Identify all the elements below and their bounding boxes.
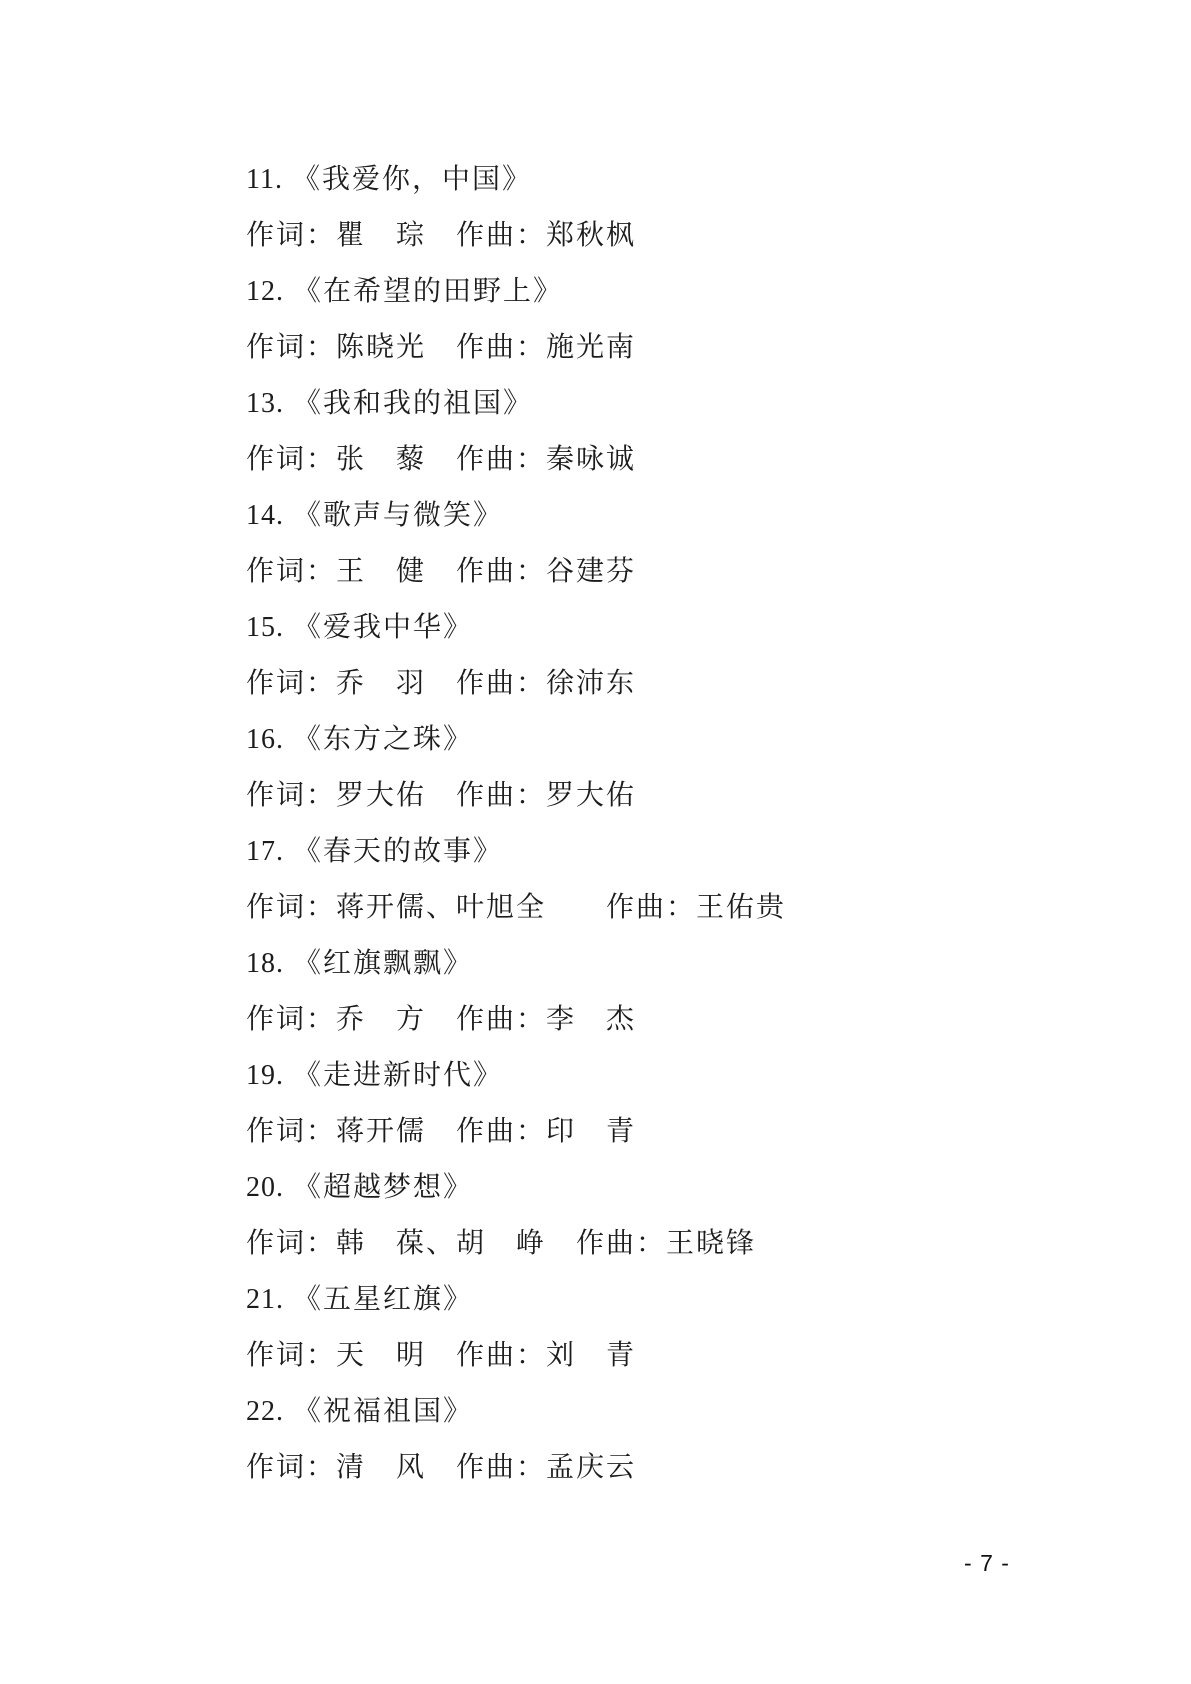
song-credits-line: 作词：韩 葆、胡 峥 作曲：王晓锋 — [246, 1216, 1066, 1272]
song-entry: 21.《五星红旗》 作词：天 明 作曲：刘 青 — [246, 1272, 1066, 1384]
song-entry: 16.《东方之珠》 作词：罗大佑 作曲：罗大佑 — [246, 712, 1066, 824]
song-title: 《春天的故事》 — [293, 836, 503, 867]
song-number: 22. — [246, 1396, 284, 1427]
song-title-line: 15.《爱我中华》 — [246, 600, 1066, 656]
song-title: 《在希望的田野上》 — [293, 276, 563, 307]
song-title-line: 20.《超越梦想》 — [246, 1160, 1066, 1216]
song-credits-line: 作词：天 明 作曲：刘 青 — [246, 1328, 1066, 1384]
song-number: 19. — [246, 1060, 284, 1091]
song-title: 《我爱你，中国》 — [292, 164, 532, 195]
song-entry: 17.《春天的故事》 作词：蒋开儒、叶旭全 作曲：王佑贵 — [246, 824, 1066, 936]
song-title-line: 17.《春天的故事》 — [246, 824, 1066, 880]
song-title: 《我和我的祖国》 — [293, 388, 533, 419]
song-entry: 22.《祝福祖国》 作词：清 风 作曲：孟庆云 — [246, 1384, 1066, 1496]
document-page: 11.《我爱你，中国》 作词：瞿 琮 作曲：郑秋枫 12.《在希望的田野上》 作… — [0, 0, 1191, 1684]
song-title: 《歌声与微笑》 — [293, 500, 503, 531]
song-number: 14. — [246, 500, 284, 531]
song-entry: 11.《我爱你，中国》 作词：瞿 琮 作曲：郑秋枫 — [246, 152, 1066, 264]
song-number: 15. — [246, 612, 284, 643]
song-title-line: 22.《祝福祖国》 — [246, 1384, 1066, 1440]
song-title-line: 14.《歌声与微笑》 — [246, 488, 1066, 544]
song-entry: 14.《歌声与微笑》 作词：王 健 作曲：谷建芬 — [246, 488, 1066, 600]
song-number: 16. — [246, 724, 284, 755]
song-entry: 18.《红旗飘飘》 作词：乔 方 作曲：李 杰 — [246, 936, 1066, 1048]
song-credits-line: 作词：清 风 作曲：孟庆云 — [246, 1440, 1066, 1496]
song-credits-line: 作词：蒋开儒 作曲：印 青 — [246, 1104, 1066, 1160]
song-credits-line: 作词：罗大佑 作曲：罗大佑 — [246, 768, 1066, 824]
song-number: 13. — [246, 388, 284, 419]
song-credits-line: 作词：王 健 作曲：谷建芬 — [246, 544, 1066, 600]
song-title-line: 11.《我爱你，中国》 — [246, 152, 1066, 208]
song-title-line: 13.《我和我的祖国》 — [246, 376, 1066, 432]
song-number: 21. — [246, 1284, 284, 1315]
song-credits-line: 作词：张 藜 作曲：秦咏诚 — [246, 432, 1066, 488]
page-number: - 7 - — [942, 1550, 1032, 1577]
song-title: 《超越梦想》 — [293, 1172, 473, 1203]
song-title-line: 19.《走进新时代》 — [246, 1048, 1066, 1104]
song-credits-line: 作词：蒋开儒、叶旭全 作曲：王佑贵 — [246, 880, 1066, 936]
song-title: 《祝福祖国》 — [293, 1396, 473, 1427]
song-credits-line: 作词：瞿 琮 作曲：郑秋枫 — [246, 208, 1066, 264]
song-number: 17. — [246, 836, 284, 867]
song-title-line: 12.《在希望的田野上》 — [246, 264, 1066, 320]
song-entry: 12.《在希望的田野上》 作词：陈晓光 作曲：施光南 — [246, 264, 1066, 376]
song-entry: 15.《爱我中华》 作词：乔 羽 作曲：徐沛东 — [246, 600, 1066, 712]
song-number: 11. — [246, 164, 283, 195]
song-entry: 20.《超越梦想》 作词：韩 葆、胡 峥 作曲：王晓锋 — [246, 1160, 1066, 1272]
song-number: 12. — [246, 276, 284, 307]
song-title: 《五星红旗》 — [293, 1284, 473, 1315]
song-title-line: 21.《五星红旗》 — [246, 1272, 1066, 1328]
song-entry: 13.《我和我的祖国》 作词：张 藜 作曲：秦咏诚 — [246, 376, 1066, 488]
song-title: 《红旗飘飘》 — [293, 948, 473, 979]
song-title-line: 16.《东方之珠》 — [246, 712, 1066, 768]
song-title: 《爱我中华》 — [293, 612, 473, 643]
song-title: 《东方之珠》 — [293, 724, 473, 755]
song-entry: 19.《走进新时代》 作词：蒋开儒 作曲：印 青 — [246, 1048, 1066, 1160]
song-title: 《走进新时代》 — [293, 1060, 503, 1091]
song-credits-line: 作词：陈晓光 作曲：施光南 — [246, 320, 1066, 376]
song-credits-line: 作词：乔 羽 作曲：徐沛东 — [246, 656, 1066, 712]
song-list: 11.《我爱你，中国》 作词：瞿 琮 作曲：郑秋枫 12.《在希望的田野上》 作… — [246, 152, 1066, 1496]
song-title-line: 18.《红旗飘飘》 — [246, 936, 1066, 992]
song-number: 18. — [246, 948, 284, 979]
song-number: 20. — [246, 1172, 284, 1203]
song-credits-line: 作词：乔 方 作曲：李 杰 — [246, 992, 1066, 1048]
